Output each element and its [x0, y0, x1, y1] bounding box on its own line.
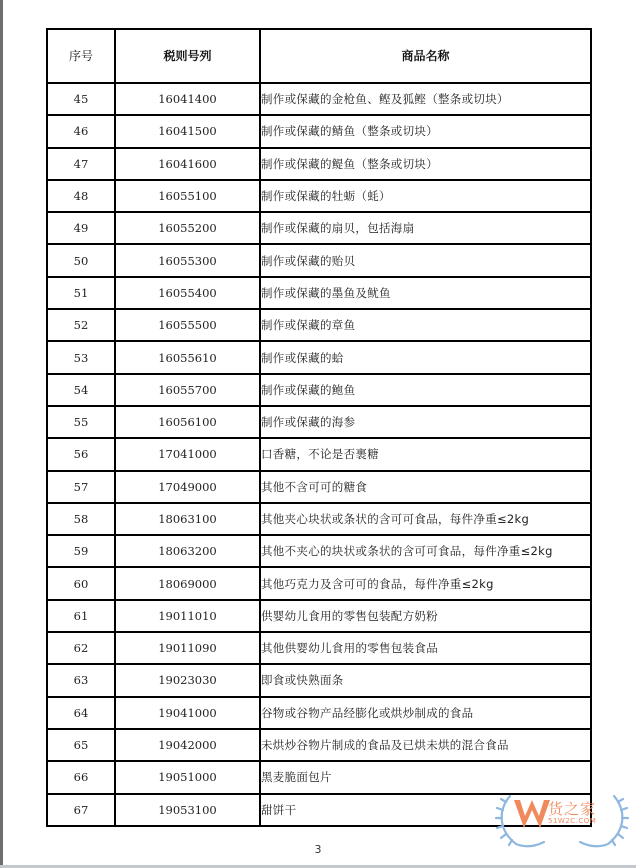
- tariff-code-cell: 19051000: [115, 761, 260, 793]
- product-name-cell: 制作或保藏的金枪鱼、鲣及狐鲣（整条或切块）: [260, 83, 591, 115]
- table-row: 4616041500制作或保藏的鲭鱼（整条或切块）: [47, 115, 591, 147]
- serial-number-cell: 51: [47, 277, 115, 309]
- tariff-code-cell: 19011090: [115, 632, 260, 664]
- table-row: 5016055300制作或保藏的贻贝: [47, 244, 591, 276]
- product-name-cell: 制作或保藏的墨鱼及鱿鱼: [260, 277, 591, 309]
- tariff-code-cell: 16041500: [115, 115, 260, 147]
- table-row: 6018069000其他巧克力及含可可的食品，每件净重≤2kg: [47, 567, 591, 599]
- tariff-code-cell: 16055100: [115, 180, 260, 212]
- header-serial-number: 序号: [47, 29, 115, 83]
- product-name-cell: 制作或保藏的海参: [260, 406, 591, 438]
- tariff-code-cell: 18063200: [115, 535, 260, 567]
- product-name-cell: 制作或保藏的鲭鱼（整条或切块）: [260, 115, 591, 147]
- product-name-cell: 其他夹心块状或条状的含可可食品，每件净重≤2kg: [260, 503, 591, 535]
- table-row: 4816055100制作或保藏的牡蛎（蚝）: [47, 180, 591, 212]
- tariff-code-cell: 16056100: [115, 406, 260, 438]
- serial-number-cell: 45: [47, 83, 115, 115]
- product-name-cell: 其他不含可可的糖食: [260, 471, 591, 503]
- serial-number-cell: 64: [47, 697, 115, 729]
- header-product-name: 商品名称: [260, 29, 591, 83]
- table-row: 5316055610制作或保藏的蛤: [47, 341, 591, 373]
- serial-number-cell: 63: [47, 664, 115, 696]
- table-row: 6519042000未烘炒谷物片制成的食品及已烘未烘的混合食品: [47, 729, 591, 761]
- product-name-cell: 供婴幼儿食用的零售包装配方奶粉: [260, 600, 591, 632]
- table-row: 6219011090其他供婴幼儿食用的零售包装食品: [47, 632, 591, 664]
- tariff-code-cell: 19053100: [115, 794, 260, 826]
- tariff-code-cell: 19042000: [115, 729, 260, 761]
- serial-number-cell: 55: [47, 406, 115, 438]
- serial-number-cell: 50: [47, 244, 115, 276]
- table-row: 5918063200其他不夹心的块状或条状的含可可食品，每件净重≤2kg: [47, 535, 591, 567]
- product-name-cell: 谷物或谷物产品经膨化或烘炒制成的食品: [260, 697, 591, 729]
- product-name-cell: 制作或保藏的鳀鱼（整条或切块）: [260, 148, 591, 180]
- tariff-code-cell: 16041600: [115, 148, 260, 180]
- serial-number-cell: 48: [47, 180, 115, 212]
- product-name-cell: 黑麦脆面包片: [260, 761, 591, 793]
- table-row: 4716041600制作或保藏的鳀鱼（整条或切块）: [47, 148, 591, 180]
- serial-number-cell: 54: [47, 374, 115, 406]
- table-row: 5516056100制作或保藏的海参: [47, 406, 591, 438]
- serial-number-cell: 58: [47, 503, 115, 535]
- product-name-cell: 未烘炒谷物片制成的食品及已烘未烘的混合食品: [260, 729, 591, 761]
- serial-number-cell: 53: [47, 341, 115, 373]
- product-name-cell: 制作或保藏的蛤: [260, 341, 591, 373]
- serial-number-cell: 49: [47, 212, 115, 244]
- table-row: 6619051000黑麦脆面包片: [47, 761, 591, 793]
- tariff-code-cell: 17049000: [115, 471, 260, 503]
- tariff-code-cell: 16055200: [115, 212, 260, 244]
- serial-number-cell: 47: [47, 148, 115, 180]
- header-tariff-code: 税则号列: [115, 29, 260, 83]
- tariff-code-cell: 16055300: [115, 244, 260, 276]
- serial-number-cell: 67: [47, 794, 115, 826]
- product-name-cell: 口香糖，不论是否裹糖: [260, 438, 591, 470]
- tariff-code-cell: 16055700: [115, 374, 260, 406]
- product-name-cell: 即食或快熟面条: [260, 664, 591, 696]
- goods-table: 序号 税则号列 商品名称 4516041400制作或保藏的金枪鱼、鲣及狐鲣（整条…: [46, 28, 592, 827]
- serial-number-cell: 60: [47, 567, 115, 599]
- product-name-cell: 制作或保藏的贻贝: [260, 244, 591, 276]
- table-row: 5818063100其他夹心块状或条状的含可可食品，每件净重≤2kg: [47, 503, 591, 535]
- serial-number-cell: 62: [47, 632, 115, 664]
- serial-number-cell: 59: [47, 535, 115, 567]
- tariff-code-cell: 19023030: [115, 664, 260, 696]
- serial-number-cell: 66: [47, 761, 115, 793]
- product-name-cell: 其他供婴幼儿食用的零售包装食品: [260, 632, 591, 664]
- watermark-logo: 货之家 51W2C.COM: [492, 790, 632, 852]
- table-row: 5216055500制作或保藏的章鱼: [47, 309, 591, 341]
- table-row: 6419041000谷物或谷物产品经膨化或烘炒制成的食品: [47, 697, 591, 729]
- table-row: 5116055400制作或保藏的墨鱼及鱿鱼: [47, 277, 591, 309]
- product-name-cell: 制作或保藏的扇贝，包括海扇: [260, 212, 591, 244]
- serial-number-cell: 61: [47, 600, 115, 632]
- product-name-cell: 其他巧克力及含可可的食品，每件净重≤2kg: [260, 567, 591, 599]
- tariff-code-cell: 17041000: [115, 438, 260, 470]
- page-left-edge: [0, 0, 3, 868]
- table-body: 4516041400制作或保藏的金枪鱼、鲣及狐鲣（整条或切块）461604150…: [47, 83, 591, 826]
- product-name-cell: 制作或保藏的鲍鱼: [260, 374, 591, 406]
- watermark-domain: 51W2C.COM: [548, 817, 596, 825]
- tariff-code-cell: 18069000: [115, 567, 260, 599]
- tariff-code-cell: 19011010: [115, 600, 260, 632]
- serial-number-cell: 56: [47, 438, 115, 470]
- tariff-code-cell: 16055610: [115, 341, 260, 373]
- tariff-code-cell: 16041400: [115, 83, 260, 115]
- watermark-brand: 货之家: [548, 798, 596, 819]
- tariff-code-cell: 18063100: [115, 503, 260, 535]
- table-row: 4916055200制作或保藏的扇贝，包括海扇: [47, 212, 591, 244]
- product-name-cell: 其他不夹心的块状或条状的含可可食品，每件净重≤2kg: [260, 535, 591, 567]
- serial-number-cell: 46: [47, 115, 115, 147]
- table-row: 5416055700制作或保藏的鲍鱼: [47, 374, 591, 406]
- table-row: 4516041400制作或保藏的金枪鱼、鲣及狐鲣（整条或切块）: [47, 83, 591, 115]
- tariff-code-cell: 16055500: [115, 309, 260, 341]
- serial-number-cell: 52: [47, 309, 115, 341]
- table-row: 5617041000口香糖，不论是否裹糖: [47, 438, 591, 470]
- table-row: 6319023030即食或快熟面条: [47, 664, 591, 696]
- table-row: 5717049000其他不含可可的糖食: [47, 471, 591, 503]
- product-name-cell: 制作或保藏的牡蛎（蚝）: [260, 180, 591, 212]
- serial-number-cell: 57: [47, 471, 115, 503]
- table-header-row: 序号 税则号列 商品名称: [47, 29, 591, 83]
- product-name-cell: 制作或保藏的章鱼: [260, 309, 591, 341]
- tariff-code-cell: 16055400: [115, 277, 260, 309]
- table-row: 6119011010供婴幼儿食用的零售包装配方奶粉: [47, 600, 591, 632]
- serial-number-cell: 65: [47, 729, 115, 761]
- tariff-code-cell: 19041000: [115, 697, 260, 729]
